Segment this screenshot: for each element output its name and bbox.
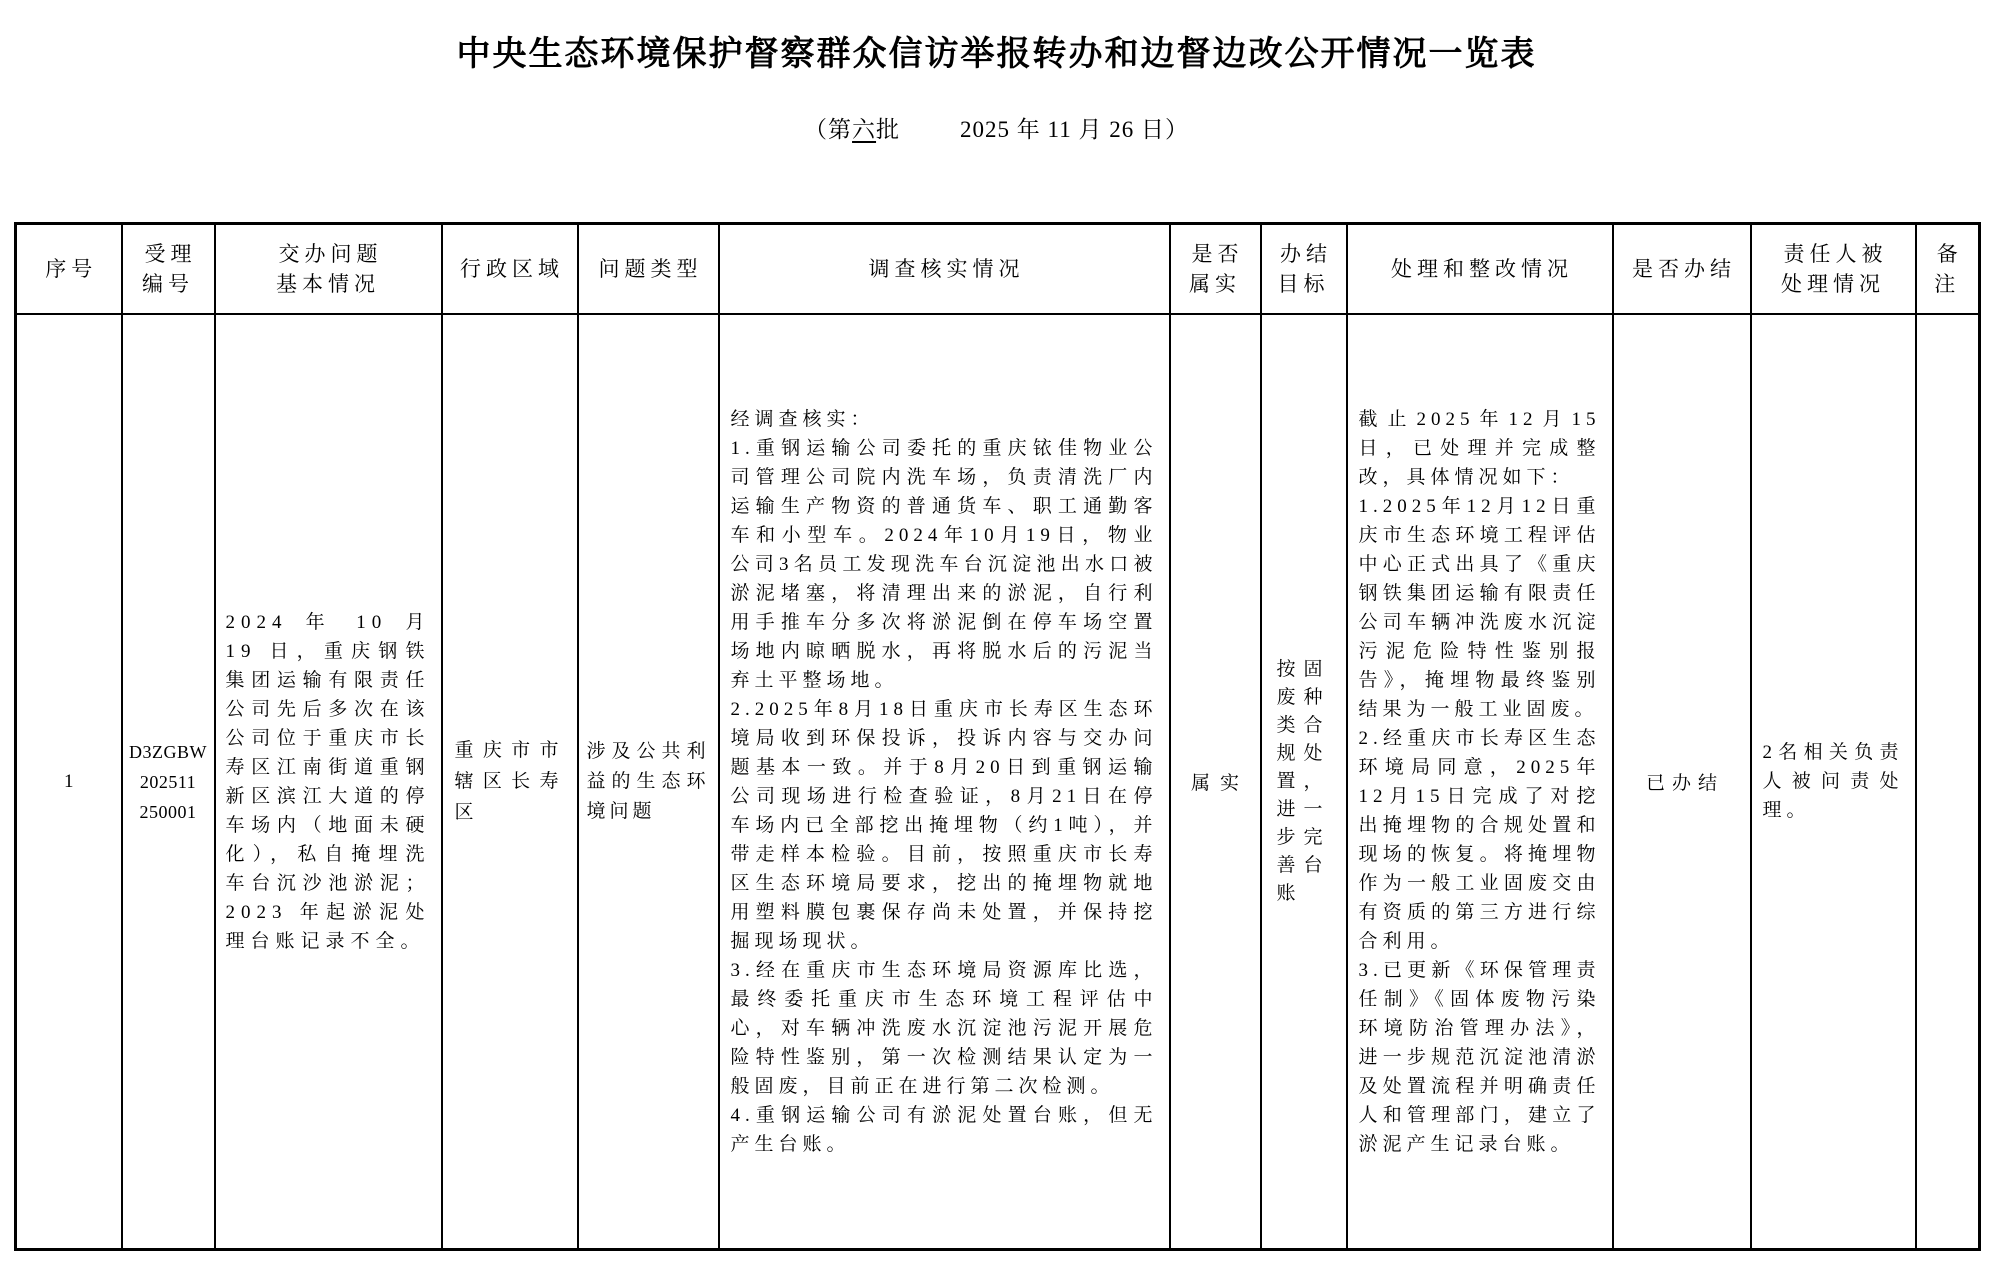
header-problem-summary: 交办问题 基本情况: [215, 224, 442, 315]
table-row: 1 D3ZGBW 202511 250001 2024 年 10 月 19 日，…: [16, 314, 1980, 1250]
cell-verified: 属实: [1170, 314, 1261, 1250]
subtitle-prefix: （第: [804, 117, 852, 142]
header-case-number: 受理 编号: [122, 224, 215, 315]
header-rectification: 处理和整改情况: [1347, 224, 1613, 315]
cell-rectification: 截止2025年12月15日，已处理并完成整改，具体情况如下： 1.2025年12…: [1347, 314, 1613, 1250]
cell-closed: 已办结: [1613, 314, 1751, 1250]
header-remark: 备 注: [1916, 224, 1980, 315]
cell-investigation: 经调查核实： 1.重钢运输公司委托的重庆铱佳物业公司管理公司院内洗车场，负责清洗…: [719, 314, 1170, 1250]
cell-remark: [1916, 314, 1980, 1250]
cell-case-number: D3ZGBW 202511 250001: [122, 314, 215, 1250]
header-region: 行政区域: [442, 224, 578, 315]
cell-problem-type: 涉及公共利益的生态环境问题: [578, 314, 719, 1250]
page-title: 中央生态环境保护督察群众信访举报转办和边督边改公开情况一览表: [0, 26, 1993, 75]
header-verified: 是否 属实: [1170, 224, 1261, 315]
header-investigation: 调查核实情况: [719, 224, 1170, 315]
subtitle-date: 2025 年 11 月 26 日）: [960, 117, 1189, 142]
header-serial-number: 序号: [16, 224, 122, 315]
header-closed: 是否办结: [1613, 224, 1751, 315]
header-row: 序号 受理 编号 交办问题 基本情况 行政区域 问题类型 调查核实情况 是否 属…: [16, 224, 1980, 315]
cell-serial-number: 1: [16, 314, 122, 1250]
inspection-disclosure-table: 序号 受理 编号 交办问题 基本情况 行政区域 问题类型 调查核实情况 是否 属…: [14, 222, 1981, 1251]
batch-number: 六: [852, 117, 876, 142]
cell-closure-target: 按固废种类合规处置，进一步完善台账: [1261, 314, 1347, 1250]
cell-accountability: 2名相关负责人被问责处理。: [1751, 314, 1916, 1250]
header-accountability: 责任人被 处理情况: [1751, 224, 1916, 315]
subtitle-batch-suffix: 批: [876, 117, 900, 142]
page-subtitle: （第六批2025 年 11 月 26 日）: [0, 111, 1993, 144]
header-closure-target: 办结 目标: [1261, 224, 1347, 315]
cell-region: 重庆市市辖区长寿区: [442, 314, 578, 1250]
cell-problem-summary: 2024 年 10 月 19 日，重庆钢铁集团运输有限责任公司先后多次在该公司位…: [215, 314, 442, 1250]
header-problem-type: 问题类型: [578, 224, 719, 315]
